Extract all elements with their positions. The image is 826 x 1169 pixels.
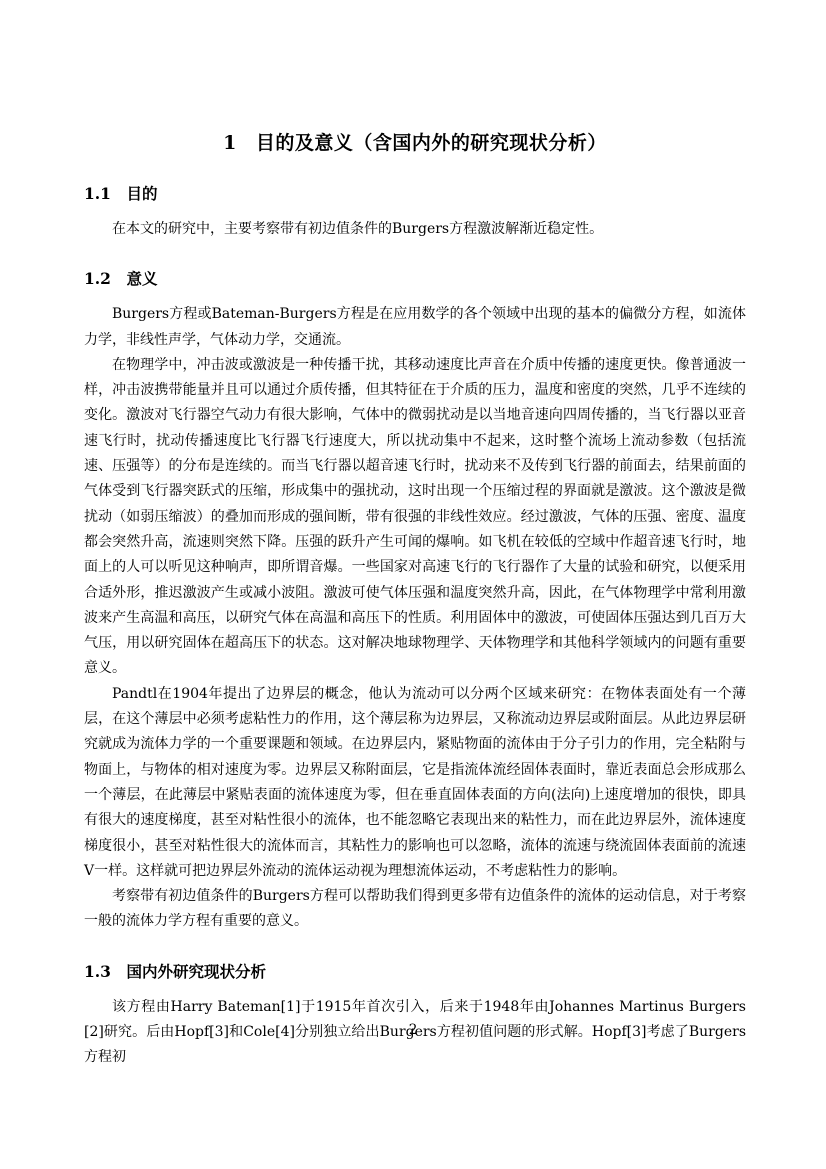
chapter-title: 1目的及意义（含国内外的研究现状分析） — [84, 130, 746, 157]
section-number: 1.2 — [84, 269, 111, 288]
section-heading-text: 意义 — [126, 270, 157, 288]
section-heading-1-1: 1.1目的 — [84, 183, 746, 205]
section-number: 1.1 — [84, 184, 111, 203]
paragraph: 考察带有初边值条件的Burgers方程可以帮助我们得到更多带有边值条件的流体的运… — [84, 884, 746, 935]
section-heading-text: 目的 — [126, 185, 157, 203]
page-number: 2 — [0, 1021, 826, 1039]
paragraph: 在本文的研究中，主要考察带有初边值条件的Burgers方程激波解渐近稳定性。 — [84, 217, 746, 242]
section-heading-text: 国内外研究现状分析 — [126, 963, 266, 981]
paragraph: 在物理学中，冲击波或激波是一种传播干扰，其移动速度比声音在介质中传播的速度更快。… — [84, 353, 746, 682]
chapter-title-text: 目的及意义（含国内外的研究现状分析） — [256, 132, 607, 154]
chapter-number: 1 — [223, 132, 237, 154]
section-heading-1-3: 1.3国内外研究现状分析 — [84, 961, 746, 983]
page-content: 1目的及意义（含国内外的研究现状分析） 1.1目的 在本文的研究中，主要考察带有… — [0, 0, 826, 1071]
paragraph: Burgers方程或Bateman-Burgers方程是在应用数学的各个领域中出… — [84, 302, 746, 353]
document-page: 1目的及意义（含国内外的研究现状分析） 1.1目的 在本文的研究中，主要考察带有… — [0, 0, 826, 1169]
section-number: 1.3 — [84, 962, 111, 981]
section-heading-1-2: 1.2意义 — [84, 268, 746, 290]
paragraph: Pandtl在1904年提出了边界层的概念，他认为流动可以分两个区域来研究：在物… — [84, 682, 746, 884]
